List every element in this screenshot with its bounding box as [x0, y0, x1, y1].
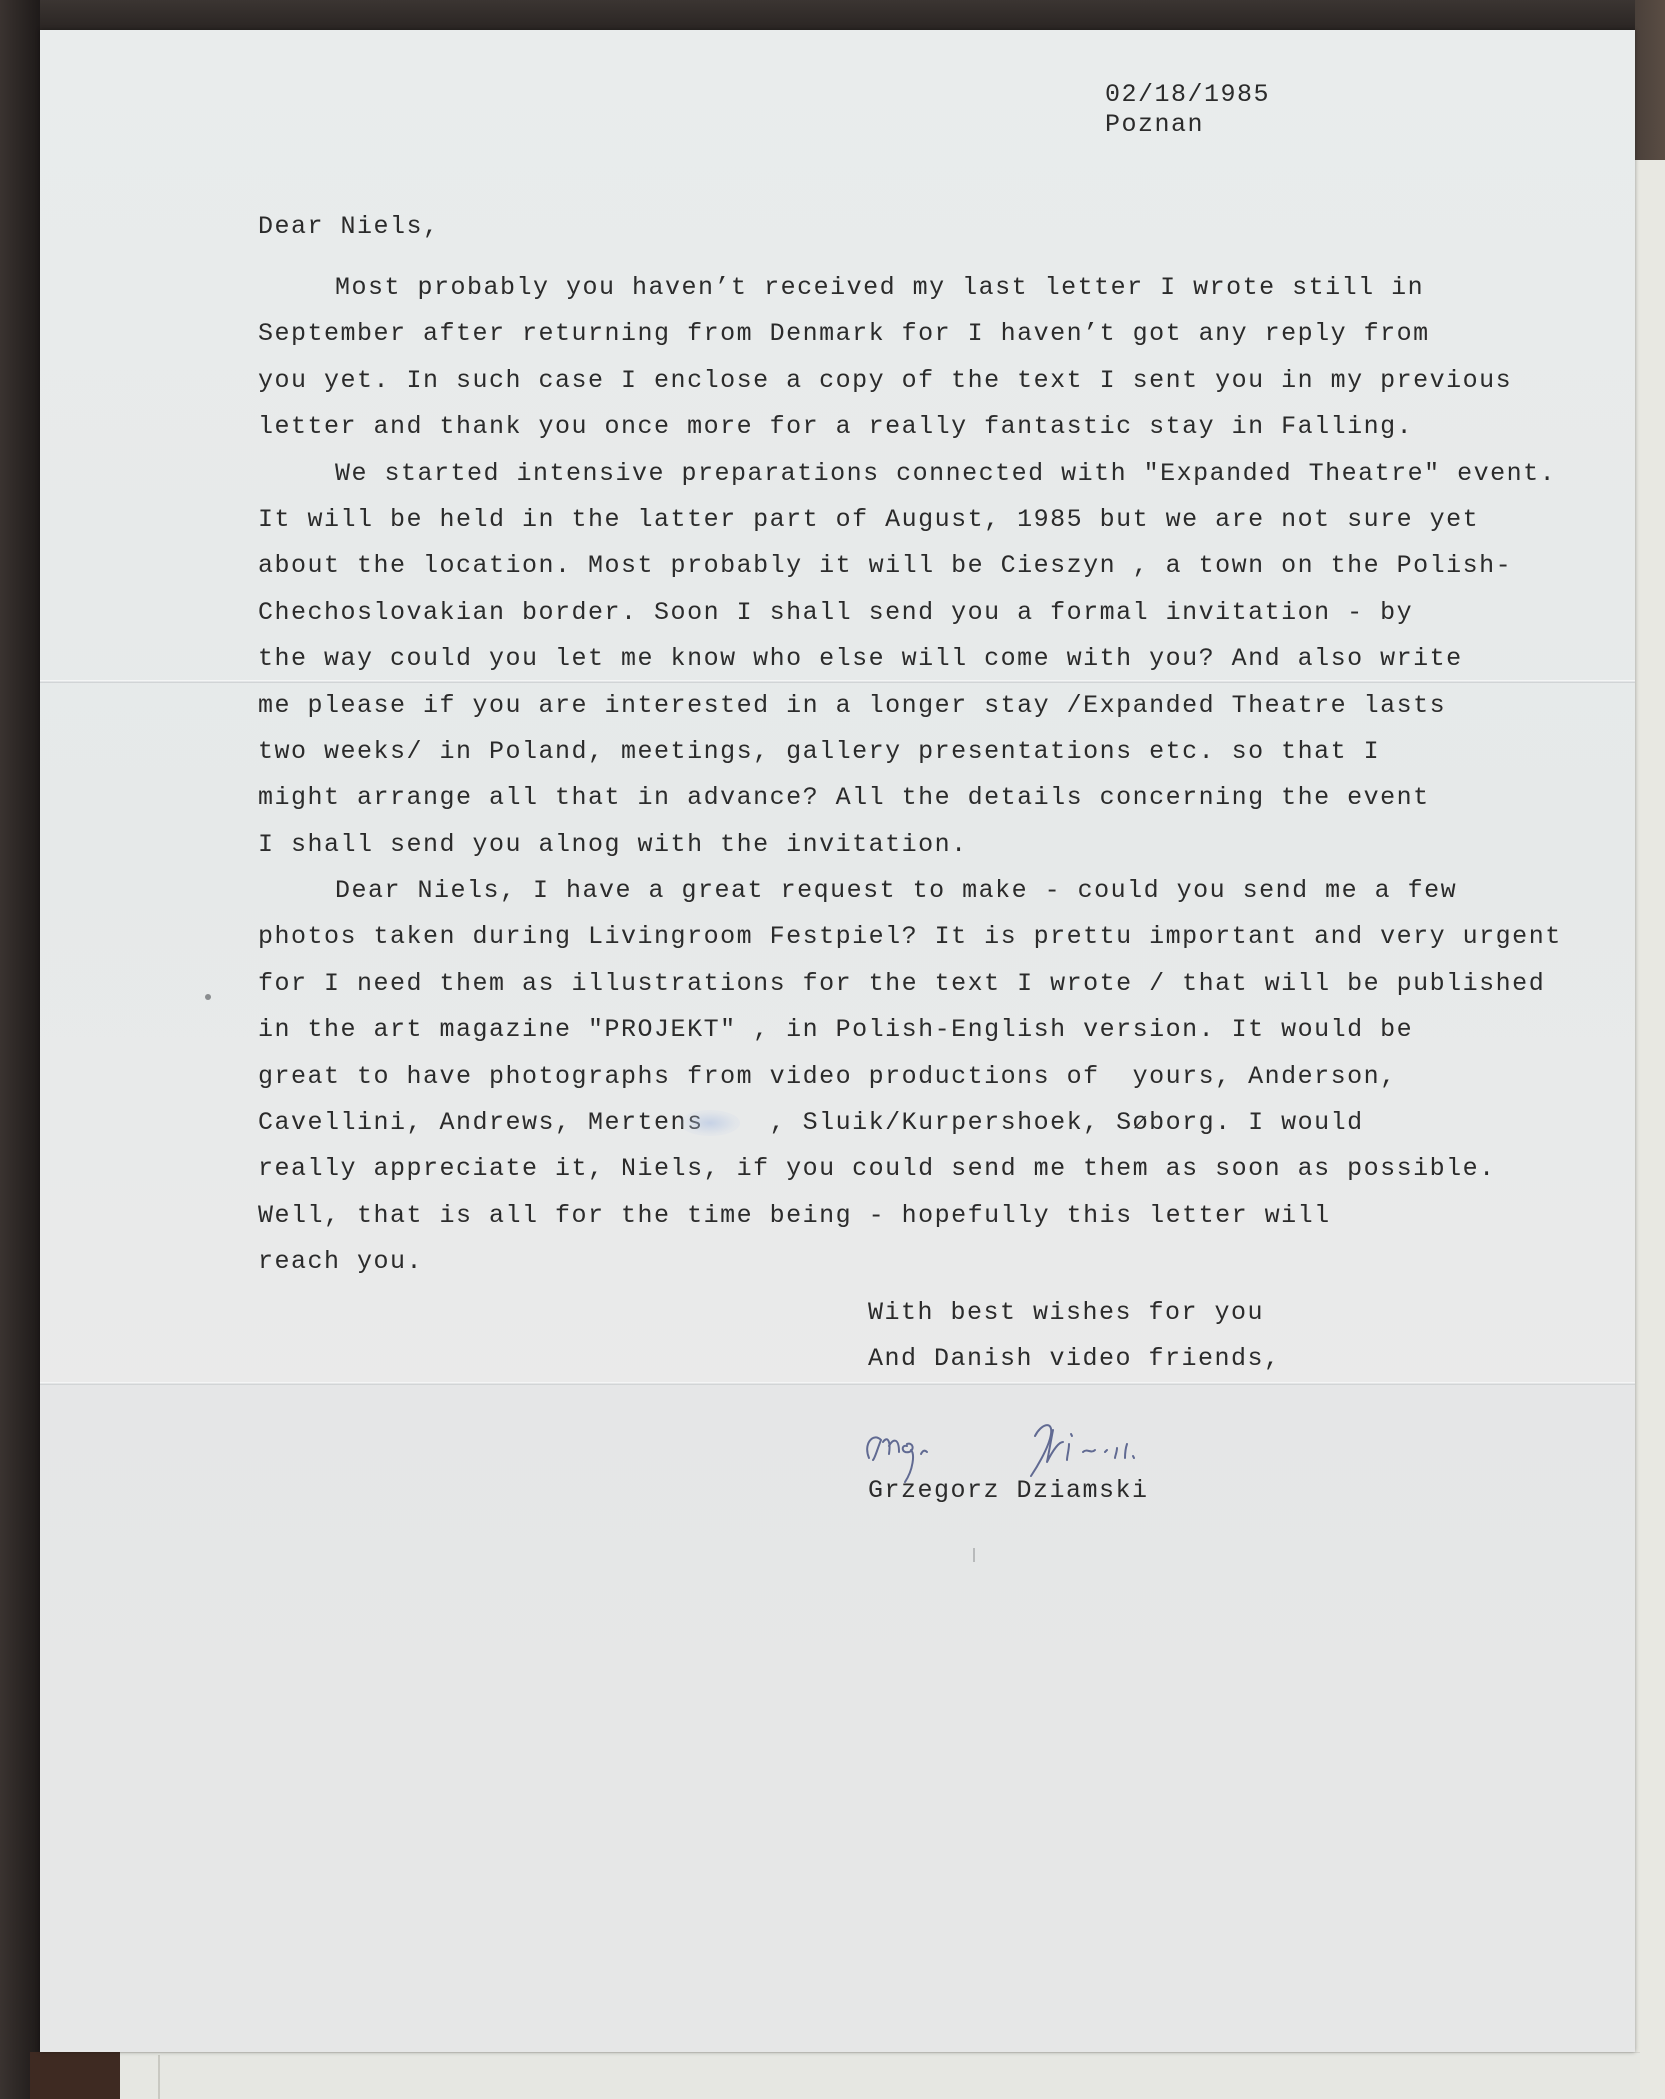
body-line: Dear Niels, I have a great request to ma… — [258, 868, 1562, 914]
letter-body: Most probably you haven’t received my la… — [258, 265, 1562, 1286]
sheet-edge-line — [158, 2055, 160, 2099]
underlying-sheet-bottom-edge — [120, 2052, 1640, 2099]
closing-block: With best wishes for you And Danish vide… — [868, 1290, 1281, 1382]
background-surface-top — [0, 0, 1665, 30]
letter-date: 02/18/1985 — [1105, 80, 1270, 110]
body-line: the way could you let me know who else w… — [258, 636, 1562, 682]
body-line: about the location. Most probably it wil… — [258, 543, 1562, 589]
lower-panel-shade — [40, 1385, 1635, 2052]
background-surface-left — [0, 0, 40, 2099]
background-surface-bottom — [30, 2052, 120, 2099]
body-line: for I need them as illustrations for the… — [258, 961, 1562, 1007]
letter-place: Poznan — [1105, 110, 1270, 140]
fold-crease-lower — [40, 1382, 1635, 1385]
ink-smudge — [680, 1110, 740, 1136]
body-line: you yet. In such case I enclose a copy o… — [258, 358, 1562, 404]
paper-speck — [205, 994, 211, 1000]
body-line: might arrange all that in advance? All t… — [258, 775, 1562, 821]
paper-tick-mark — [973, 1548, 975, 1562]
closing-line: And Danish video friends, — [868, 1336, 1281, 1382]
body-line: me please if you are interested in a lon… — [258, 683, 1562, 729]
body-line: two weeks/ in Poland, meetings, gallery … — [258, 729, 1562, 775]
body-line: We started intensive preparations connec… — [258, 451, 1562, 497]
body-line: September after returning from Denmark f… — [258, 311, 1562, 357]
body-line: Most probably you haven’t received my la… — [258, 265, 1562, 311]
body-line: in the art magazine "PROJEKT" , in Polis… — [258, 1007, 1562, 1053]
body-line: I shall send you alnog with the invitati… — [258, 822, 1562, 868]
body-line: Cavellini, Andrews, Mertens , Sluik/Kurp… — [258, 1100, 1562, 1146]
body-line: reach you. — [258, 1239, 1562, 1285]
body-line: letter and thank you once more for a rea… — [258, 404, 1562, 450]
date-place-block: 02/18/1985 Poznan — [1105, 80, 1270, 140]
body-line: photos taken during Livingroom Festpiel?… — [258, 914, 1562, 960]
body-line: really appreciate it, Niels, if you coul… — [258, 1146, 1562, 1192]
closing-line: With best wishes for you — [868, 1290, 1281, 1336]
salutation: Dear Niels, — [258, 210, 440, 244]
body-line: It will be held in the latter part of Au… — [258, 497, 1562, 543]
body-line: great to have photographs from video pro… — [258, 1054, 1562, 1100]
body-line: Chechoslovakian border. Soon I shall sen… — [258, 590, 1562, 636]
body-line: Well, that is all for the time being - h… — [258, 1193, 1562, 1239]
signer-name: Grzegorz Dziamski — [868, 1474, 1149, 1508]
